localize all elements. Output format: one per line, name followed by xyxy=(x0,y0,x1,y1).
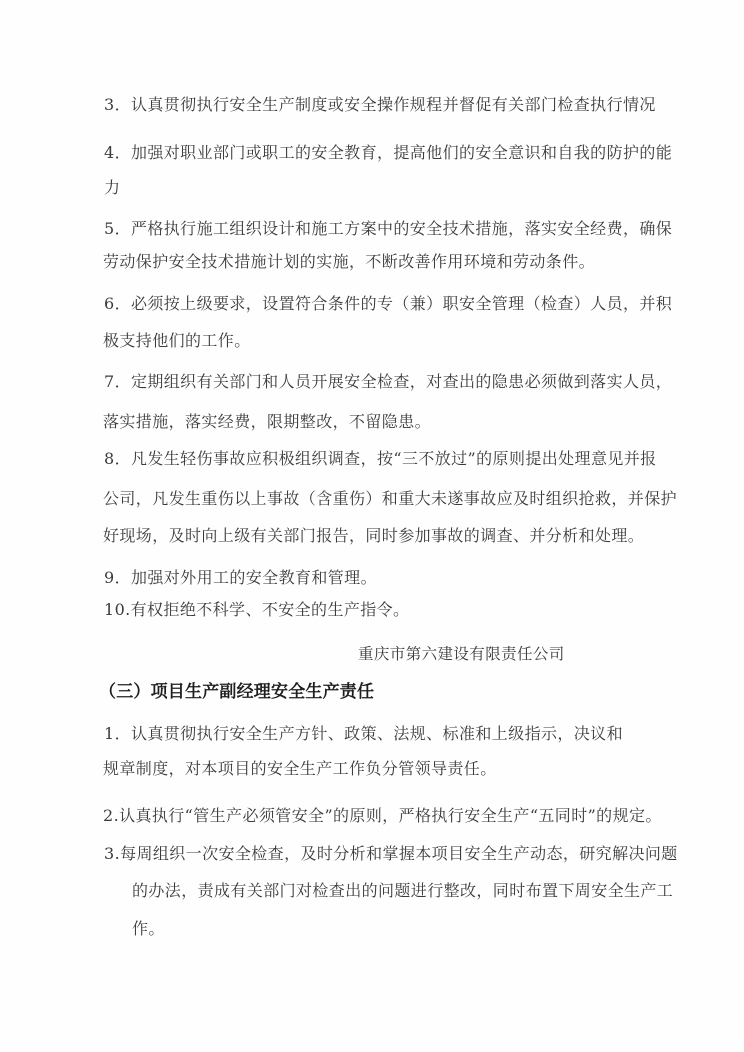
s3-item-3-line-3: 作。 xyxy=(132,919,165,938)
duty-item-3-line-1: 3．认真贯彻执行安全生产制度或安全操作规程并督促有关部门检查执行情况 xyxy=(104,95,656,114)
company-signature: 重庆市第六建设有限责任公司 xyxy=(358,645,565,664)
duty-item-4-line-2: 力 xyxy=(104,178,120,197)
duty-item-7-line-1: 7．定期组织有关部门和人员开展安全检查，对查出的隐患必须做到落实人员， xyxy=(104,372,672,391)
duty-item-8-line-2: 公司，凡发生重伤以上事故（含重伤）和重大未遂事故应及时组织抢救，并保护 xyxy=(103,489,677,508)
s3-item-2-line-1: 2.认真执行“管生产必须管安全”的原则，严格执行安全生产“五同时”的规定。 xyxy=(103,806,662,825)
s3-item-3-line-2: 的办法，责成有关部门对检查出的问题进行整改，同时布置下周安全生产工 xyxy=(132,881,673,900)
duty-item-8-line-1: 8．凡发生轻伤事故应积极组织调查，按“三不放过”的原则提出处理意见并报 xyxy=(104,449,657,468)
section-three-heading: （三）项目生产副经理安全生产责任 xyxy=(99,683,374,702)
duty-item-5-line-2: 劳动保护安全技术措施计划的实施，不断改善作用环境和劳动条件。 xyxy=(103,252,595,271)
duty-item-5-line-1: 5．严格执行施工组织设计和施工方案中的安全技术措施，落实安全经费，确保 xyxy=(104,219,672,238)
duty-item-6-line-1: 6．必须按上级要求，设置符合条件的专（兼）职安全管理（检查）人员，并积 xyxy=(104,294,672,313)
duty-item-7-line-2: 落实措施，落实经费，限期整改，不留隐患。 xyxy=(103,412,431,431)
duty-item-9-line-1: 9．加强对外用工的安全教育和管理。 xyxy=(104,568,377,587)
s3-item-1-line-2: 规章制度，对本项目的安全生产工作负分管领导责任。 xyxy=(103,759,497,778)
document-page: 3．认真贯彻执行安全生产制度或安全操作规程并督促有关部门检查执行情况 4．加强对… xyxy=(0,0,744,1052)
s3-item-1-line-1: 1．认真贯彻执行安全生产方针、政策、法规、标准和上级指示，决议和 xyxy=(104,724,623,743)
s3-item-3-line-1: 3.每周组织一次安全检查，及时分析和掌握本项目安全生产动态，研究解决问题 xyxy=(104,844,678,863)
duty-item-4-line-1: 4．加强对职业部门或职工的安全教育，提高他们的安全意识和自我的防护的能 xyxy=(104,143,672,162)
duty-item-6-line-2: 极支持他们的工作。 xyxy=(103,331,251,350)
duty-item-10-line-1: 10.有权拒绝不科学、不安全的生产指令。 xyxy=(104,600,409,619)
duty-item-8-line-3: 好现场，及时向上级有关部门报告，同时参加事故的调查、并分析和处理。 xyxy=(103,526,644,545)
